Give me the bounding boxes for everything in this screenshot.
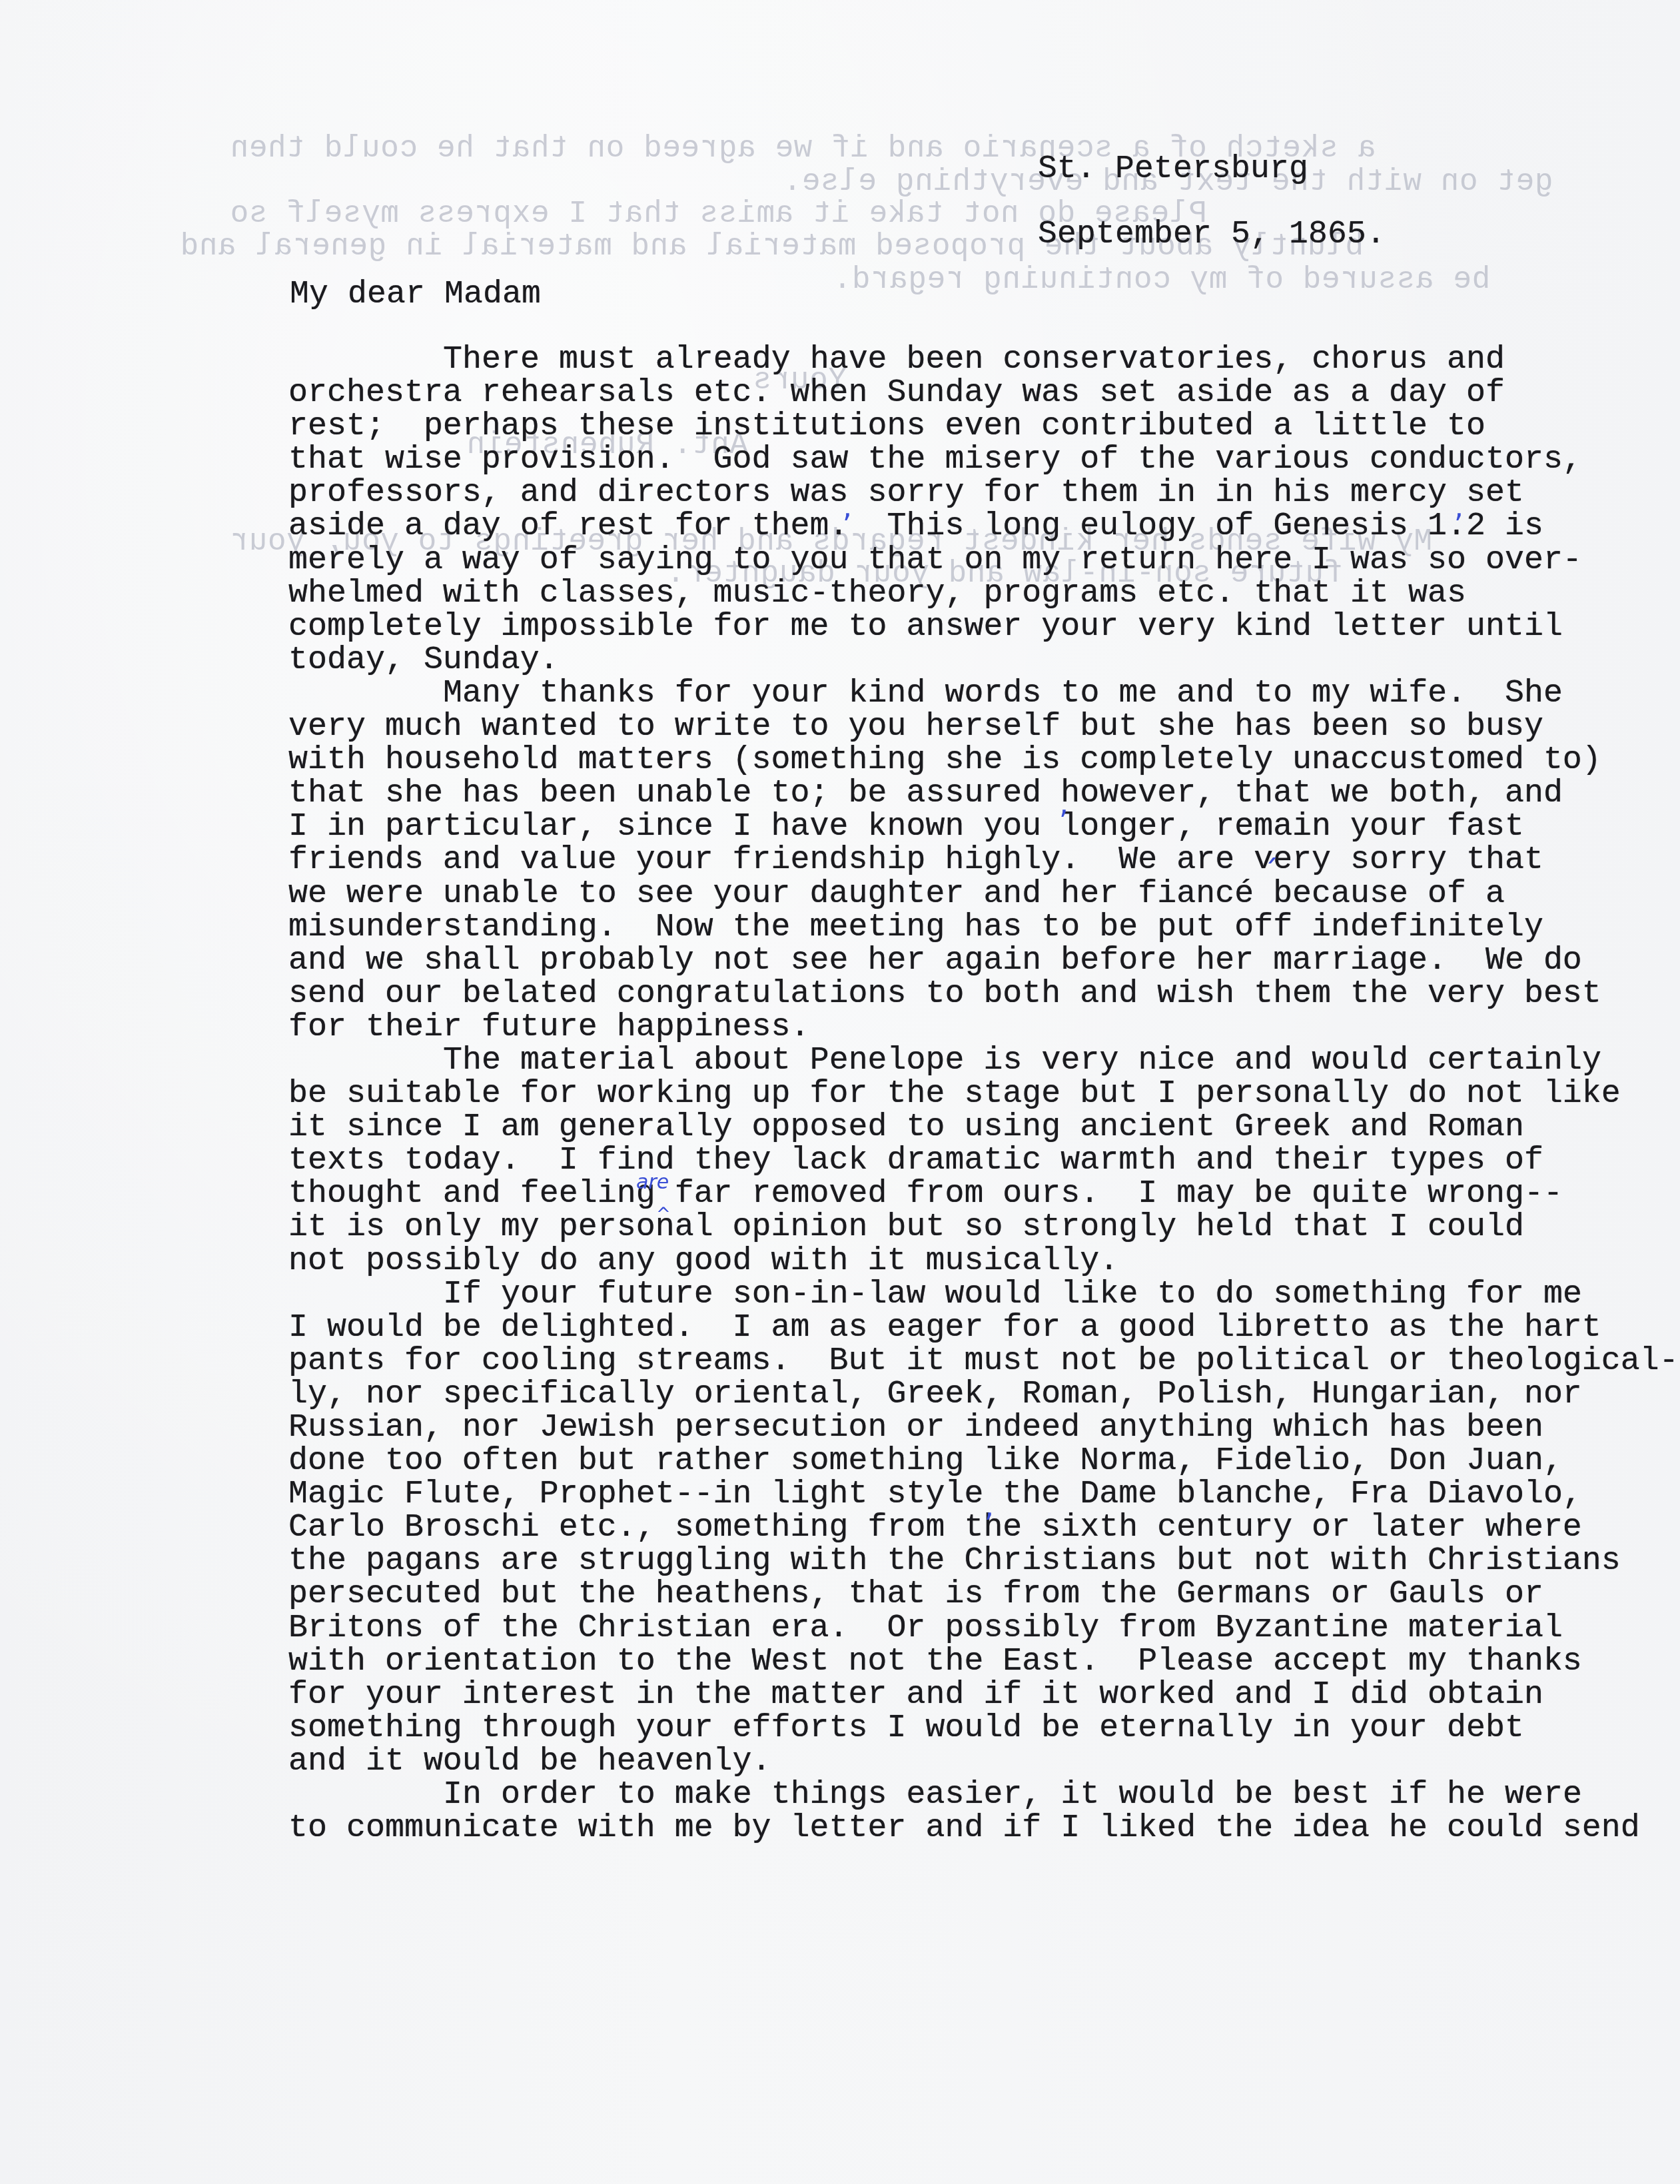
ink-insertion-text: are (636, 1173, 669, 1193)
letter-line: done too often but rather something like… (288, 1444, 1679, 1478)
letter-salutation: My dear Madam (290, 278, 541, 310)
letter-line: texts today. I find they lack dramatic w… (288, 1144, 1679, 1177)
letter-line: I would be delighted. I am as eager for … (288, 1311, 1679, 1345)
letter-line: professors, and directors was sorry for … (288, 476, 1679, 510)
letter-line: for their future happiness. (288, 1011, 1679, 1044)
letter-line: very much wanted to write to you herself… (288, 710, 1679, 744)
letter-line: something through your efforts I would b… (288, 1712, 1679, 1745)
letter-line: The material about Penelope is very nice… (288, 1044, 1679, 1077)
ink-comma-mark: , (1454, 493, 1464, 522)
ink-caret-mark: ^ (656, 1206, 671, 1223)
letter-line: be suitable for working up for the stage… (288, 1077, 1679, 1111)
letter-line: and we shall probably not see her again … (288, 944, 1679, 977)
letter-place: St. Petersburg (1038, 153, 1308, 185)
letter-line: it since I am generally opposed to using… (288, 1111, 1679, 1144)
letter-line: Britons of the Christian era. Or possibl… (288, 1612, 1679, 1645)
letter-line: that she has been unable to; be assured … (288, 777, 1679, 810)
letter-line: with household matters (something she is… (288, 744, 1679, 777)
ink-comma-mark: , (843, 493, 852, 522)
bleed-through-line: be assured of my continuing regard. (833, 265, 1490, 295)
ink-comma-mark: , (1059, 790, 1068, 819)
letter-line: Carlo Broschi etc., something from the s… (288, 1511, 1679, 1544)
letter-line: Russian, nor Jewish persecution or indee… (288, 1411, 1679, 1444)
letter-line: misunderstanding. Now the meeting has to… (288, 911, 1679, 944)
ink-accent-mark: ´ (1262, 856, 1279, 889)
letter-line: Magic Flute, Prophet--in light style the… (288, 1478, 1679, 1511)
letter-line: for your interest in the matter and if i… (288, 1678, 1679, 1712)
letter-line: the pagans are struggling with the Chris… (288, 1544, 1679, 1578)
letter-line: not possibly do any good with it musical… (288, 1245, 1679, 1278)
letter-line: it is only my personal opinion but so st… (288, 1211, 1679, 1244)
letter-body: There must already have been conservator… (288, 343, 1679, 1845)
letter-line: with orientation to the West not the Eas… (288, 1645, 1679, 1678)
letter-line: If your future son-in-law would like to … (288, 1278, 1679, 1311)
ink-comma-mark: , (985, 1492, 994, 1522)
letter-line: send our belated congratulations to both… (288, 977, 1679, 1011)
letter-line: completely impossible for me to answer y… (288, 610, 1679, 644)
letter-line: thought and feeling far removed from our… (288, 1177, 1679, 1211)
letter-line: merely a way of saying to you that on my… (288, 544, 1679, 577)
letter-line: to communicate with me by letter and if … (288, 1812, 1679, 1845)
letter-line: and it would be heavenly. (288, 1745, 1679, 1778)
letter-line: aside a day of rest for them. This long … (288, 510, 1679, 543)
letter-line: Many thanks for your kind words to me an… (288, 677, 1679, 710)
letter-line: pants for cooling streams. But it must n… (288, 1345, 1679, 1378)
letter-line: today, Sunday. (288, 644, 1679, 677)
letter-line: that wise provision. God saw the misery … (288, 443, 1679, 476)
letter-line: whelmed with classes, music-theory, prog… (288, 577, 1679, 610)
letter-line: rest; perhaps these institutions even co… (288, 410, 1679, 443)
letter-line: In order to make things easier, it would… (288, 1778, 1679, 1812)
letter-line: we were unable to see your daughter and … (288, 877, 1679, 911)
letter-line: persecuted but the heathens, that is fro… (288, 1578, 1679, 1611)
letter-line: There must already have been conservator… (288, 343, 1679, 376)
letter-date: September 5, 1865. (1038, 219, 1386, 251)
letter-line: ly, nor specifically oriental, Greek, Ro… (288, 1378, 1679, 1411)
letter-line: orchestra rehearsals etc. when Sunday wa… (288, 376, 1679, 410)
letter-line: I in particular, since I have known you … (288, 810, 1679, 843)
letter-line: friends and value your friendship highly… (288, 843, 1679, 877)
